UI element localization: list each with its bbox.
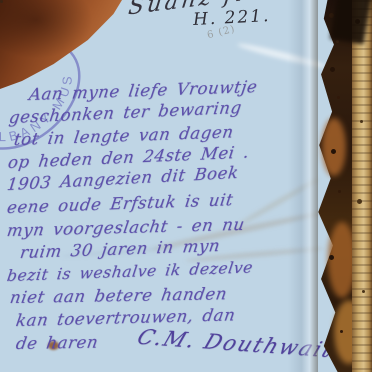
book-board-edge xyxy=(352,0,372,372)
page-edge-shadow xyxy=(288,0,318,372)
book-inscription-photo: ALBANY MUS Suanz fin H. 221. 6 (2) Aan m… xyxy=(0,0,372,372)
edge-speckles xyxy=(0,0,3,3)
rust-stain xyxy=(322,118,346,176)
handwritten-inscription: Aan myne liefe Vrouwtje geschonken ter b… xyxy=(7,84,312,355)
